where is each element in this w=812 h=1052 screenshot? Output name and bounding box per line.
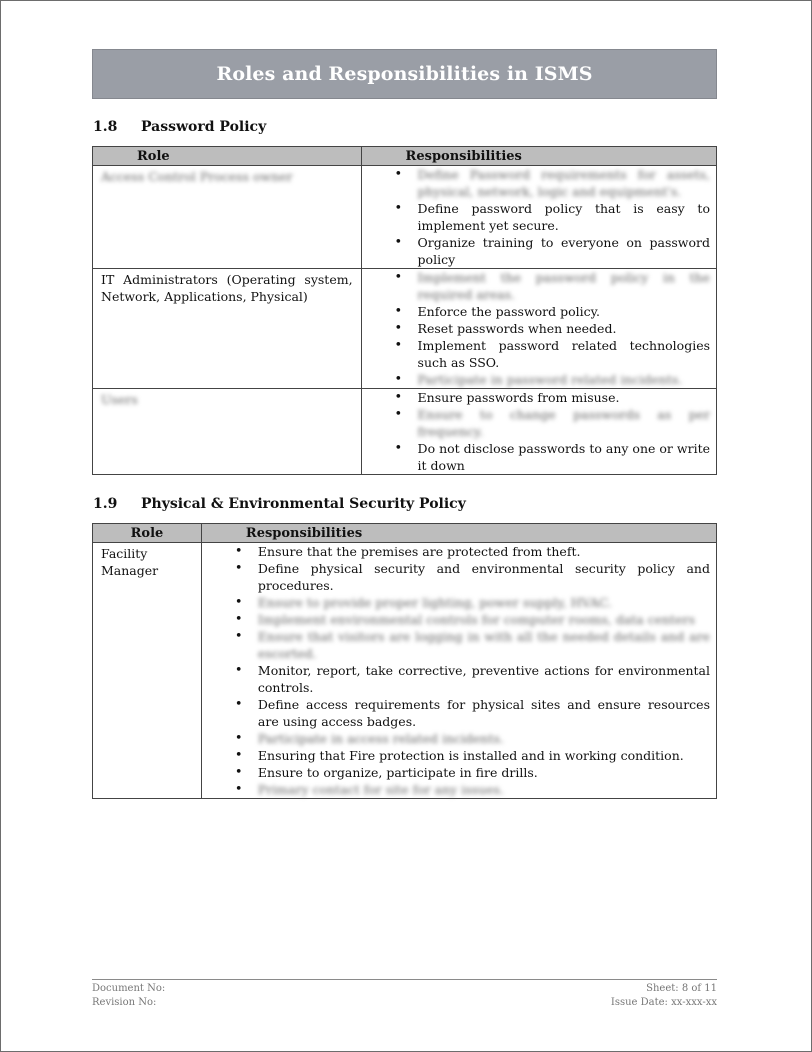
- responsibility-item: Organize training to everyone on passwor…: [362, 234, 716, 268]
- responsibility-text: Participate in password related incident…: [418, 372, 683, 387]
- revision-no-label: Revision No:: [92, 996, 156, 1010]
- responsibility-item: Define Password requirements for assets,…: [362, 166, 716, 200]
- table-row: IT Administrators (Operating system, Net…: [93, 269, 717, 389]
- responsibility-list: Define Password requirements for assets,…: [362, 166, 716, 268]
- responsibility-item: Participate in password related incident…: [362, 371, 716, 388]
- role-cell: IT Administrators (Operating system, Net…: [93, 269, 362, 389]
- responsibility-item: Ensure to organize, participate in fire …: [202, 764, 716, 781]
- responsibility-text: Reset passwords when needed.: [418, 321, 617, 336]
- responsibility-text: Enforce the password policy.: [418, 304, 600, 319]
- responsibility-item: Primary contact for site for any issues.: [202, 781, 716, 798]
- responsibility-text: Define physical security and environment…: [258, 561, 710, 593]
- responsibility-item: Implement environmental controls for com…: [202, 611, 716, 628]
- responsibility-text: Monitor, report, take corrective, preven…: [258, 663, 710, 695]
- section-title: Password Policy: [141, 119, 266, 135]
- table-row: UsersEnsure passwords from misuse.Ensure…: [93, 389, 717, 475]
- responsibility-item: Ensure passwords from misuse.: [362, 389, 716, 406]
- responsibilities-cell: Ensure that the premises are protected f…: [201, 543, 716, 799]
- role-cell: Access Control Process owner: [93, 166, 362, 269]
- responsibilities-cell: Ensure passwords from misuse.Ensure to c…: [361, 389, 716, 475]
- page-footer: Document No: Sheet: 8 of 11 Revision No:…: [92, 979, 717, 1010]
- column-header-role: Role: [93, 524, 202, 543]
- role-name: IT Administrators (Operating system, Net…: [101, 272, 353, 304]
- column-header-responsibilities: Responsibilities: [201, 524, 716, 543]
- title-banner: Roles and Responsibilities in ISMS: [92, 49, 717, 99]
- section-heading-physical-security: 1.9Physical & Environmental Security Pol…: [93, 496, 466, 512]
- responsibility-item: Define access requirements for physical …: [202, 696, 716, 730]
- responsibility-text: Define Password requirements for assets,…: [418, 167, 710, 199]
- table-header-row: Role Responsibilities: [93, 147, 717, 166]
- sheet-number: Sheet: 8 of 11: [646, 982, 717, 996]
- table-header-row: Role Responsibilities: [93, 524, 717, 543]
- document-no-label: Document No:: [92, 982, 165, 996]
- responsibility-list: Ensure that the premises are protected f…: [202, 543, 716, 798]
- role-name: Users: [101, 392, 138, 407]
- responsibility-text: Participate in access related incidents.: [258, 731, 504, 746]
- responsibility-text: Ensure that the premises are protected f…: [258, 544, 581, 559]
- responsibility-item: Enforce the password policy.: [362, 303, 716, 320]
- responsibility-item: Implement the password policy in the req…: [362, 269, 716, 303]
- responsibility-text: Implement environmental controls for com…: [258, 612, 695, 627]
- column-header-responsibilities: Responsibilities: [361, 147, 716, 166]
- physical-security-table: Role Responsibilities Facility ManagerEn…: [92, 523, 717, 799]
- responsibility-text: Ensure to change passwords as per freque…: [418, 407, 710, 439]
- password-policy-table: Role Responsibilities Access Control Pro…: [92, 146, 717, 475]
- section-number: 1.8: [93, 119, 141, 135]
- column-header-role: Role: [93, 147, 362, 166]
- section-heading-password-policy: 1.8Password Policy: [93, 119, 266, 135]
- section-title: Physical & Environmental Security Policy: [141, 496, 466, 512]
- responsibility-item: Reset passwords when needed.: [362, 320, 716, 337]
- responsibility-list: Implement the password policy in the req…: [362, 269, 716, 388]
- responsibility-item: Participate in access related incidents.: [202, 730, 716, 747]
- responsibility-text: Ensure to provide proper lighting, power…: [258, 595, 612, 610]
- table-row: Facility ManagerEnsure that the premises…: [93, 543, 717, 799]
- responsibility-text: Define password policy that is easy to i…: [418, 201, 710, 233]
- responsibility-text: Do not disclose passwords to any one or …: [418, 441, 710, 473]
- responsibility-text: Implement password related technologies …: [418, 338, 710, 370]
- responsibility-text: Organize training to everyone on passwor…: [418, 235, 710, 267]
- responsibility-item: Ensure that the premises are protected f…: [202, 543, 716, 560]
- responsibility-text: Primary contact for site for any issues.: [258, 782, 504, 797]
- responsibility-item: Implement password related technologies …: [362, 337, 716, 371]
- responsibility-item: Ensuring that Fire protection is install…: [202, 747, 716, 764]
- role-cell: Facility Manager: [93, 543, 202, 799]
- responsibility-text: Ensure passwords from misuse.: [418, 390, 620, 405]
- responsibility-text: Ensure to organize, participate in fire …: [258, 765, 538, 780]
- responsibility-list: Ensure passwords from misuse.Ensure to c…: [362, 389, 716, 474]
- responsibility-item: Define physical security and environment…: [202, 560, 716, 594]
- table-row: Access Control Process ownerDefine Passw…: [93, 166, 717, 269]
- role-cell: Users: [93, 389, 362, 475]
- page-title: Roles and Responsibilities in ISMS: [216, 63, 592, 85]
- section-number: 1.9: [93, 496, 141, 512]
- responsibility-item: Ensure that visitors are logging in with…: [202, 628, 716, 662]
- responsibilities-cell: Define Password requirements for assets,…: [361, 166, 716, 269]
- responsibility-item: Define password policy that is easy to i…: [362, 200, 716, 234]
- responsibility-item: Ensure to change passwords as per freque…: [362, 406, 716, 440]
- role-name: Facility Manager: [101, 546, 158, 578]
- responsibility-text: Ensuring that Fire protection is install…: [258, 748, 684, 763]
- responsibility-text: Implement the password policy in the req…: [418, 270, 710, 302]
- responsibility-item: Monitor, report, take corrective, preven…: [202, 662, 716, 696]
- responsibilities-cell: Implement the password policy in the req…: [361, 269, 716, 389]
- responsibility-item: Do not disclose passwords to any one or …: [362, 440, 716, 474]
- responsibility-item: Ensure to provide proper lighting, power…: [202, 594, 716, 611]
- issue-date: Issue Date: xx-xxx-xx: [611, 996, 717, 1010]
- role-name: Access Control Process owner: [101, 169, 293, 184]
- responsibility-text: Define access requirements for physical …: [258, 697, 710, 729]
- responsibility-text: Ensure that visitors are logging in with…: [258, 629, 710, 661]
